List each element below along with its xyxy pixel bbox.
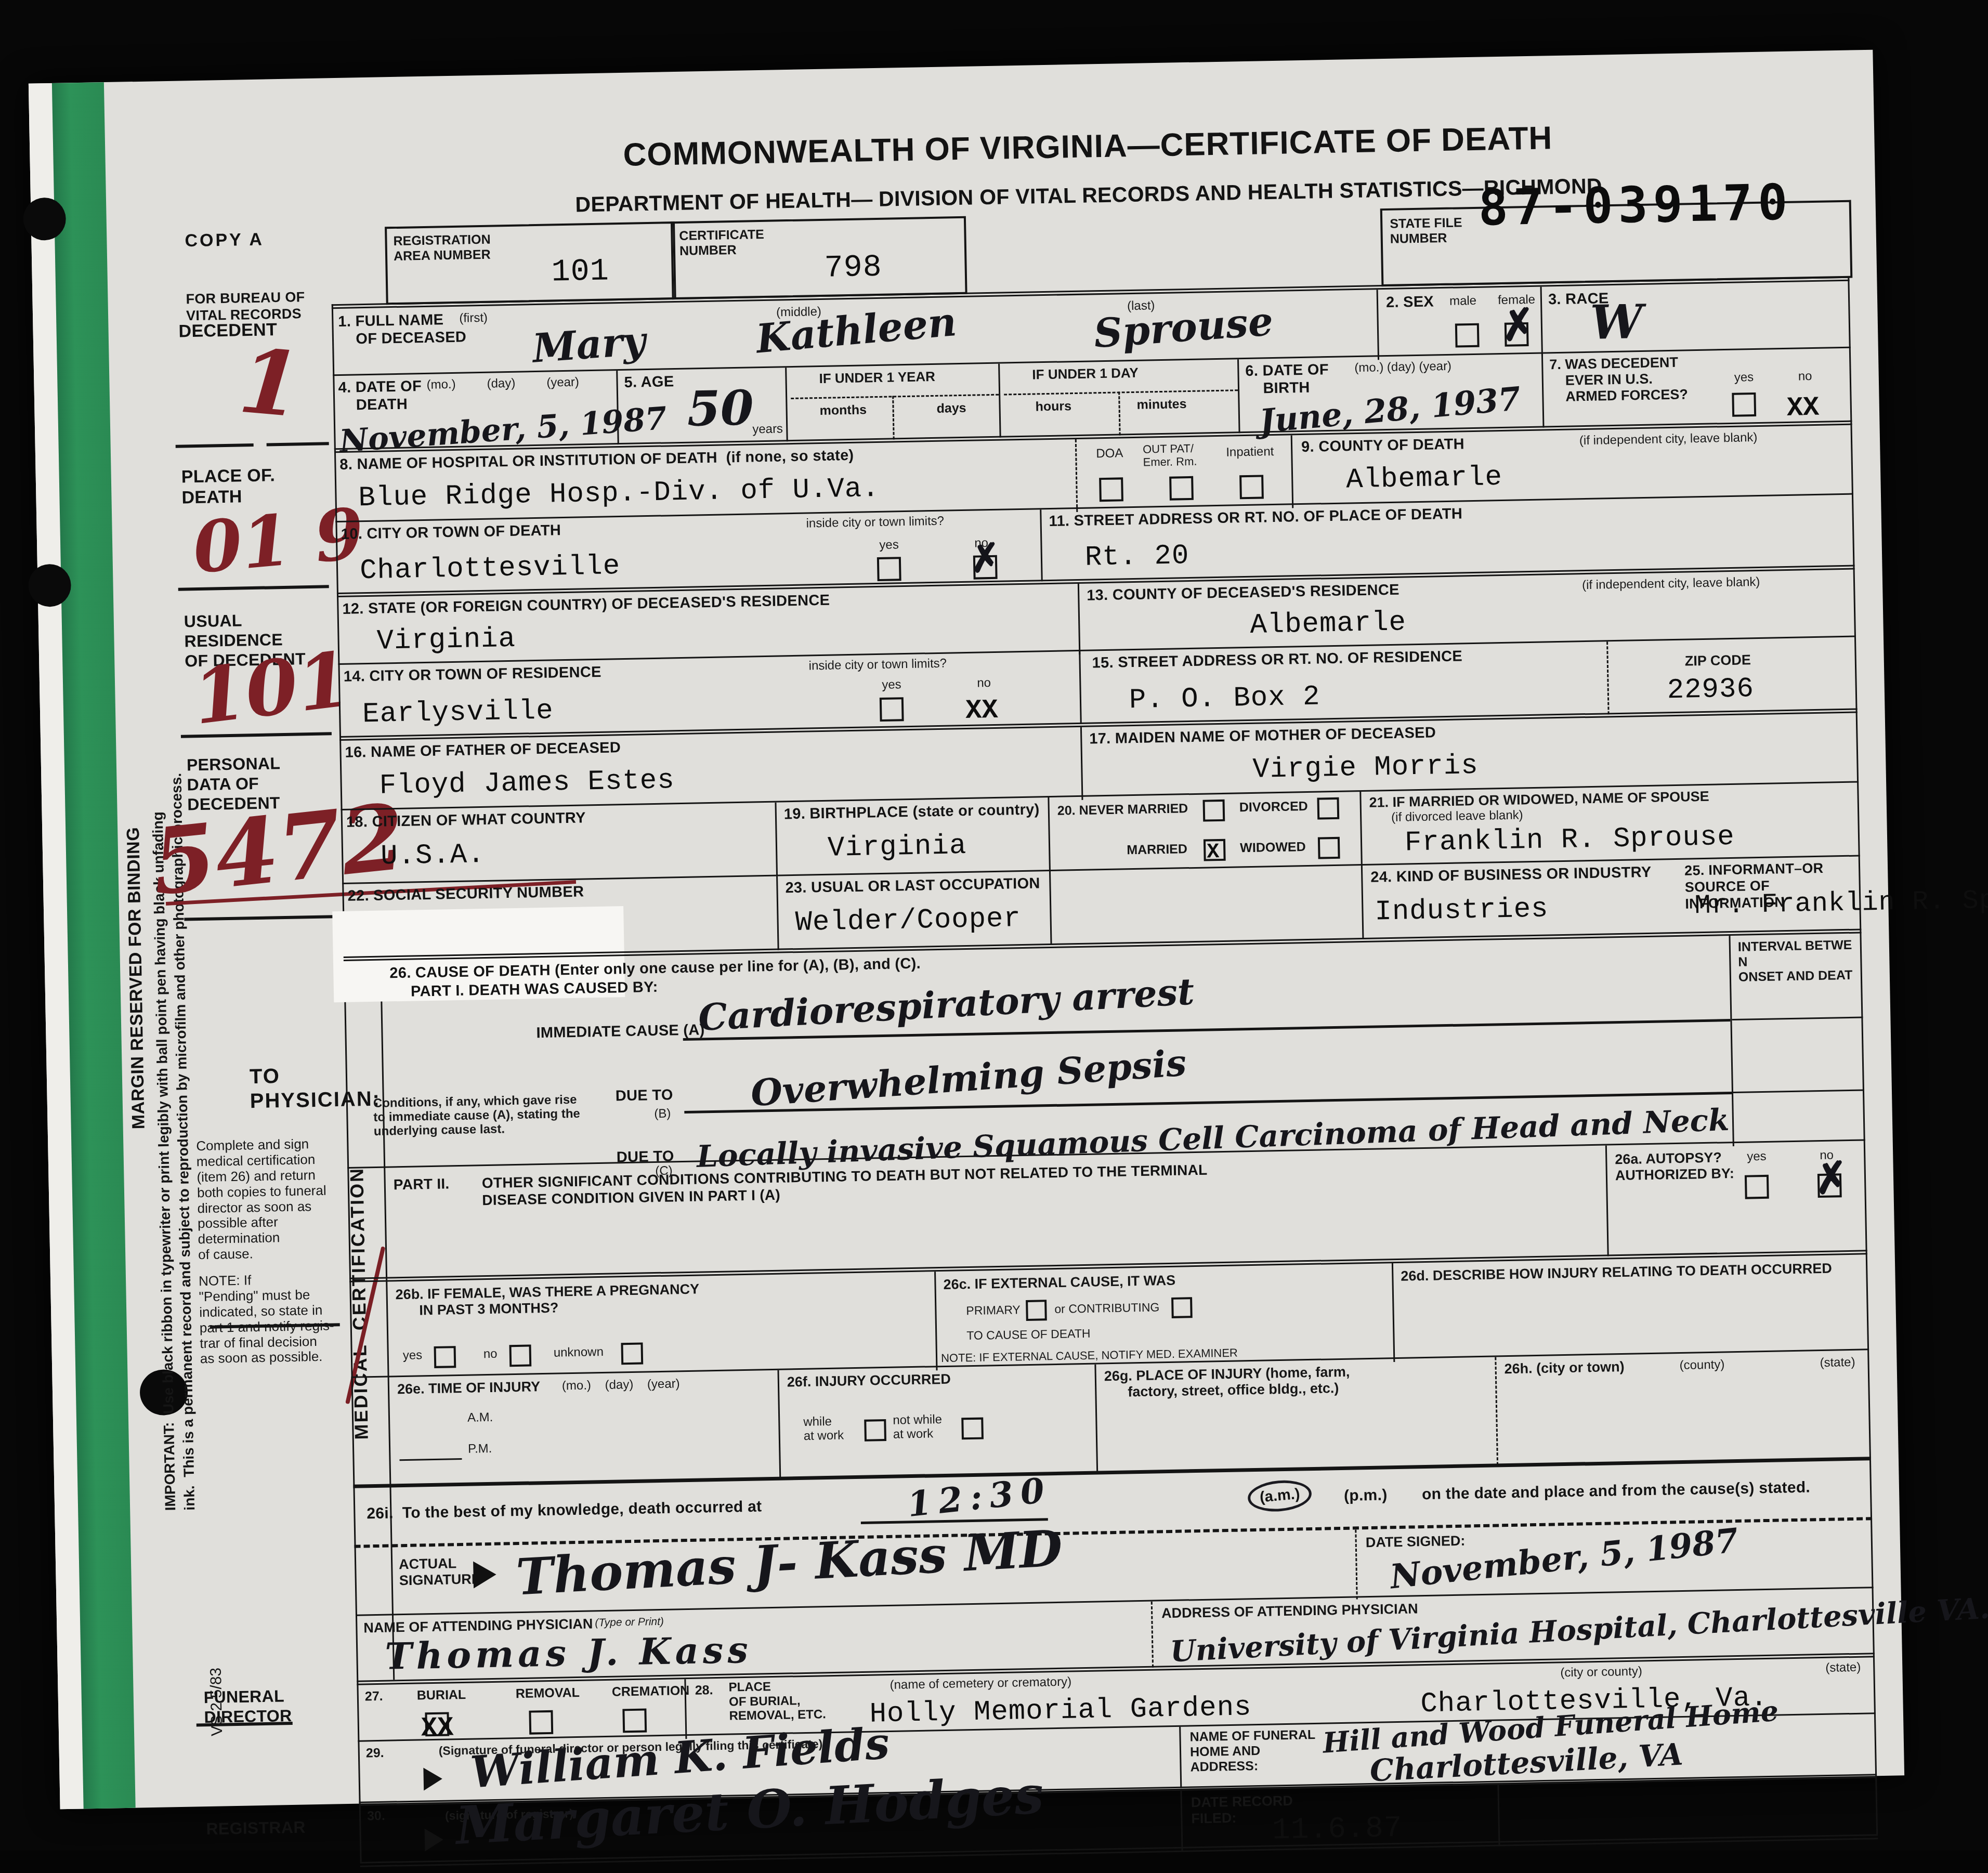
date-signed-label: DATE SIGNED:	[1365, 1533, 1465, 1551]
field6-label: 6. DATE OF BIRTH	[1245, 361, 1329, 398]
certificate-paper: MARGIN RESERVED FOR BINDING IMPORTANT: U…	[29, 50, 1904, 1809]
inpatient-checkbox	[1239, 475, 1264, 499]
part1-label: PART I. DEATH WAS CAUSED BY:	[411, 978, 658, 1001]
blank-line	[399, 1458, 462, 1461]
certificate-number-value: 798	[824, 252, 882, 284]
field9-label: 9. COUNTY OF DEATH	[1301, 435, 1464, 456]
father-value: Floyd James Estes	[379, 767, 675, 800]
while-at-work-label: while at work	[803, 1414, 844, 1443]
not-while-at-work-checkbox	[961, 1418, 984, 1440]
row-cause-of-death: 26. CAUSE OF DEATH (Enter only one cause…	[344, 928, 1865, 1171]
registrar-signature-arrow-icon	[425, 1828, 444, 1851]
autopsy-label: 26a. AUTOPSY? AUTHORIZED BY:	[1615, 1149, 1734, 1184]
field27-num: 27.	[365, 1689, 383, 1704]
field6-sub: (mo.) (day) (year)	[1354, 360, 1451, 375]
am-circled: (a.m.)	[1247, 1478, 1313, 1514]
male-hint: male	[1449, 294, 1477, 309]
pregnancy-yes-checkbox	[434, 1346, 456, 1368]
blank-line	[176, 443, 254, 448]
physician-note-2: NOTE: If "Pending" must be indicated, so…	[199, 1271, 335, 1367]
res-limits-yes-hint: yes	[882, 678, 901, 692]
cell-divider	[1497, 1778, 1879, 1845]
under1year-label: IF UNDER 1 YEAR	[819, 369, 935, 387]
cause-a-value: Cardiorespiratory arrest	[697, 973, 1195, 1036]
age-value: 50	[687, 384, 754, 433]
last-name-value: Sprouse	[1093, 302, 1275, 353]
field4-sub: (mo.) (day) (year)	[426, 375, 579, 392]
field21-hint: (if divorced leave blank)	[1391, 808, 1523, 825]
age-suffix: years	[752, 422, 783, 437]
cell-divider	[1049, 866, 1364, 945]
funeral-home-label: NAME OF FUNERAL HOME AND ADDRESS:	[1189, 1727, 1316, 1775]
occupation-value: Welder/Cooper	[795, 905, 1021, 937]
married-mark: X	[1207, 842, 1220, 863]
female-check-mark: ✗	[1498, 302, 1538, 348]
forces-no-mark: XX	[1786, 395, 1819, 422]
state-file-value: 87-039170	[1478, 178, 1793, 233]
field14-limits: inside city or town limits?	[808, 657, 947, 674]
limits-yes-checkbox	[877, 557, 901, 581]
zip-value: 22936	[1667, 675, 1754, 705]
pregnancy-unknown-checkbox	[621, 1343, 643, 1365]
state-file-box: STATE FILE NUMBER 87-039170	[1380, 200, 1853, 287]
removal-checkbox	[529, 1710, 553, 1735]
days-label: days	[936, 401, 966, 416]
widowed-checkbox	[1318, 837, 1340, 859]
forces-yes-hint: yes	[1734, 371, 1754, 385]
forces-no-hint: no	[1798, 370, 1812, 384]
field7-label: 7. WAS DECEDENT EVER IN U.S. ARMED FORCE…	[1549, 354, 1688, 405]
field2-label: 2. SEX	[1386, 293, 1434, 311]
field16-label: 16. NAME OF FATHER OF DECEASED	[345, 739, 621, 762]
physician-note-1: Complete and sign medical certification …	[196, 1136, 328, 1263]
state-file-label: STATE FILE NUMBER	[1390, 215, 1462, 246]
field29-num: 29.	[366, 1746, 384, 1761]
contributing-checkbox	[1171, 1297, 1193, 1318]
registration-area-box: REGISTRATION AREA NUMBER 101	[385, 221, 676, 305]
field26e-sub: (mo.) (day) (year)	[562, 1377, 680, 1393]
never-married-label: 20. NEVER MARRIED	[1057, 801, 1188, 818]
field10-limits: inside city or town limits?	[806, 515, 944, 531]
red-code-residence: 101	[189, 641, 355, 736]
outpat-label: OUT PAT/ Emer. Rm.	[1143, 442, 1197, 469]
field28-num: 28.	[695, 1683, 713, 1698]
burial-label: BURIAL	[417, 1687, 466, 1703]
registration-area-label: REGISTRATION AREA NUMBER	[393, 232, 491, 264]
certificate-title: COMMONWEALTH OF VIRGINIA—CERTIFICATE OF …	[329, 114, 1847, 180]
hospital-value: Blue Ridge Hosp.-Div. of U.Va.	[358, 475, 880, 513]
field1-label: 1. FULL NAME OF DECEASED	[338, 310, 466, 348]
field22-label: 22. SOCIAL SECURITY NUMBER	[347, 883, 584, 905]
pregnancy-no-hint: no	[483, 1347, 498, 1361]
birthplace-value: Virginia	[828, 832, 967, 863]
divorced-checkbox	[1317, 797, 1339, 820]
primary-checkbox	[1026, 1300, 1047, 1321]
cause-b-value: Overwhelming Sepsis	[750, 1044, 1188, 1111]
contributing-label: or CONTRIBUTING	[1054, 1301, 1159, 1316]
section-registrar: REGISTRAR	[206, 1818, 306, 1839]
certificate-number-box: CERTIFICATE NUMBER 798	[671, 216, 967, 299]
mother-value: Virgie Morris	[1252, 752, 1479, 784]
forces-yes-checkbox	[1732, 392, 1756, 417]
state-res-value: Virginia	[376, 625, 516, 656]
physician-name-value: Thomas J. Kass	[385, 1632, 752, 1675]
burial-city-hint: (city or county)	[1560, 1665, 1642, 1680]
conditions-note: Conditions, if any, which gave rise to i…	[373, 1093, 581, 1139]
outpat-checkbox	[1169, 476, 1194, 501]
funeral-signature-arrow-icon	[423, 1767, 442, 1791]
section-funeral-director: FUNERAL DIRECTOR	[203, 1686, 292, 1727]
margin-important-text: IMPORTANT: Use black ribbon in typewrite…	[144, 565, 200, 1511]
county-hint: (county)	[1679, 1358, 1724, 1372]
am-label: A.M.	[467, 1411, 493, 1425]
male-checkbox	[1455, 323, 1480, 348]
cemetery-value: Holly Memorial Gardens	[869, 1694, 1252, 1728]
field28-label: PLACE OF BURIAL, REMOVAL, ETC.	[728, 1679, 826, 1723]
burial-state-hint: (state)	[1825, 1661, 1861, 1675]
limits-no-mark: ✗	[967, 538, 1003, 579]
pregnancy-unknown-hint: unknown	[554, 1345, 604, 1360]
field26i-pre: 26i. To the best of my knowledge, death …	[367, 1497, 762, 1523]
blank-line	[184, 915, 335, 921]
photo-background: MARGIN RESERVED FOR BINDING IMPORTANT: U…	[0, 0, 1988, 1851]
field12-label: 12. STATE (OR FOREIGN COUNTRY) OF DECEAS…	[342, 592, 830, 618]
limits-yes-hint: yes	[879, 538, 899, 553]
informant-value: Mr. Franklin R. Sprouse	[1694, 886, 1988, 920]
field4-label: 4. DATE OF DEATH	[338, 377, 422, 414]
first-hint: (first)	[459, 311, 488, 326]
b-tag: (B)	[654, 1107, 671, 1121]
city-death-value: Charlottesville	[360, 553, 621, 585]
primary-label: PRIMARY	[966, 1303, 1021, 1318]
divorced-label: DIVORCED	[1239, 799, 1308, 815]
county-death-value: Albemarle	[1346, 464, 1503, 495]
minutes-label: minutes	[1136, 397, 1186, 413]
due-to-b-label: DUE TO	[615, 1086, 673, 1105]
to-cause-label: TO CAUSE OF DEATH	[966, 1327, 1091, 1343]
under1day-label: IF UNDER 1 DAY	[1032, 365, 1139, 383]
autopsy-yes-checkbox	[1745, 1175, 1769, 1199]
pm-label: P.M.	[468, 1442, 492, 1457]
field26i-post: on the date and place and from the cause…	[1422, 1478, 1811, 1503]
industry-value: Industries	[1375, 895, 1549, 926]
pm-option: (p.m.)	[1344, 1486, 1388, 1505]
removal-label: REMOVAL	[516, 1685, 580, 1701]
street-death-value: Rt. 20	[1084, 542, 1189, 572]
res-limits-no-hint: no	[977, 676, 991, 690]
autopsy-yes-hint: yes	[1747, 1150, 1767, 1164]
field26f-label: 26f. INJURY OCCURRED	[787, 1371, 951, 1391]
months-label: months	[819, 402, 867, 418]
field26e-label: 26e. TIME OF INJURY	[397, 1379, 541, 1397]
pregnancy-yes-hint: yes	[403, 1348, 423, 1363]
county-res-value: Albemarle	[1250, 609, 1407, 640]
res-limits-yes-checkbox	[880, 697, 904, 722]
field26h-label: 26h. (city or town)	[1504, 1359, 1625, 1377]
doa-checkbox	[1099, 477, 1123, 502]
spouse-value: Franklin R. Sprouse	[1405, 823, 1735, 858]
margin-binding-text: MARGIN RESERVED FOR BINDING	[123, 781, 147, 1130]
autopsy-no-mark: ✗	[1811, 1155, 1851, 1201]
part2-tag: PART II.	[394, 1175, 450, 1193]
married-label: MARRIED	[1127, 842, 1187, 858]
first-name-value: Mary	[531, 321, 647, 369]
cremation-label: CREMATION	[612, 1683, 690, 1699]
blank-line	[267, 442, 329, 446]
certificate-number-label: CERTIFICATE NUMBER	[679, 227, 764, 258]
registration-area-value: 101	[551, 256, 609, 288]
not-while-at-work-label: not while at work	[893, 1413, 943, 1442]
never-married-checkbox	[1203, 800, 1225, 822]
field8-label: 8. NAME OF HOSPITAL OR INSTITUTION OF DE…	[339, 447, 854, 474]
pregnancy-no-checkbox	[509, 1344, 531, 1367]
date-filed-value: 11.6.87	[1272, 1814, 1403, 1846]
signature-arrow-icon	[473, 1561, 496, 1589]
field14-label: 14. CITY OR TOWN OF RESIDENCE	[344, 663, 601, 686]
inpatient-label: Inpatient	[1226, 445, 1274, 460]
zip-label: ZIP CODE	[1684, 652, 1751, 669]
race-value: W	[1590, 298, 1643, 346]
immediate-cause-label: IMMEDIATE CAUSE (A)	[536, 1021, 705, 1042]
street-res-value: P. O. Box 2	[1129, 683, 1320, 715]
death-time-value: 12:30	[906, 1472, 1053, 1522]
field18-label: 18. CITIZEN OF WHAT COUNTRY	[346, 809, 586, 831]
field30-num: 30.	[367, 1809, 385, 1824]
city-res-value: Earlysville	[362, 697, 554, 729]
res-limits-no-mark: XX	[965, 697, 998, 725]
actual-signature-label: ACTUAL SIGNATURE	[399, 1555, 481, 1589]
doa-label: DOA	[1096, 447, 1123, 461]
while-at-work-checkbox	[864, 1419, 886, 1442]
interval-label: INTERVAL BETWE N ONSET AND DEAT	[1738, 937, 1863, 985]
hours-label: hours	[1035, 399, 1071, 414]
physician-name-hint: (Type or Print)	[595, 1616, 664, 1629]
field10-label: 10. CITY OR TOWN OF DEATH	[341, 521, 561, 543]
field5-label: 5. AGE	[624, 373, 674, 391]
state-hint: (state)	[1820, 1356, 1855, 1370]
cremation-checkbox	[622, 1709, 647, 1733]
copy-for-label: FOR BUREAU OF VITAL RECORDS	[186, 289, 305, 324]
citizen-value: U.S.A.	[381, 841, 485, 871]
copy-label: COPY A	[185, 229, 264, 252]
field26g-label: 26g. PLACE OF INJURY (home, farm, factor…	[1104, 1364, 1351, 1401]
red-code-decedent: 1	[236, 337, 305, 430]
widowed-label: WIDOWED	[1240, 840, 1306, 856]
field26b-label: 26b. IF FEMALE, WAS THERE A PREGNANCY IN…	[395, 1281, 700, 1319]
